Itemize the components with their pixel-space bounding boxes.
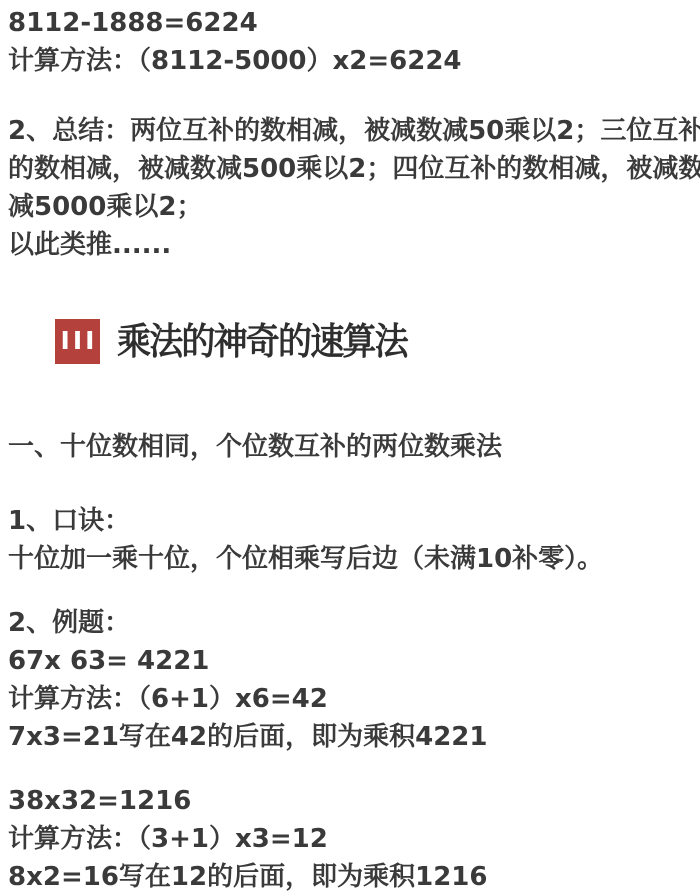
subtraction-example-block: 8112-1888=6224 计算方法：（8112-5000）x2=6224: [8, 4, 692, 80]
subtraction-method-line: 计算方法：（8112-5000）x2=6224: [8, 42, 692, 80]
summary-paragraph: 2、总结：两位互补的数相减，被减数减50乘以2；三位互补 的数相减，被减数减50…: [8, 112, 692, 264]
summary-line-4: 以此类推......: [8, 226, 692, 264]
document-page: 8112-1888=6224 计算方法：（8112-5000）x2=6224 2…: [0, 0, 700, 892]
examples-label: 2、例题：: [8, 604, 692, 642]
method-one-heading-text: 一、十位数相同，个位数互补的两位数乘法: [8, 428, 692, 466]
chapter-title: 乘法的神奇的速算法: [117, 318, 407, 364]
example-one-note: 7x3=21写在42的后面，即为乘积4221: [8, 718, 692, 756]
example-two-block: 38x32=1216 计算方法：（3+1）x3=12 8x2=16写在12的后面…: [8, 782, 692, 892]
roman-numeral-three-badge: III: [55, 319, 100, 364]
summary-line-2: 的数相减，被减数减500乘以2；四位互补的数相减，被减数: [8, 150, 692, 188]
method-one-heading: 一、十位数相同，个位数互补的两位数乘法: [8, 428, 692, 466]
summary-line-1: 2、总结：两位互补的数相减，被减数减50乘以2；三位互补: [8, 112, 692, 150]
example-two-note: 8x2=16写在12的后面，即为乘积1216: [8, 858, 692, 892]
formula-text: 十位加一乘十位，个位相乘写后边（未满10补零）。: [8, 540, 692, 578]
formula-label: 1、口诀：: [8, 502, 692, 540]
example-one-block: 2、例题： 67x 63= 4221 计算方法：（6+1）x6=42 7x3=2…: [8, 604, 692, 756]
example-two-method: 计算方法：（3+1）x3=12: [8, 820, 692, 858]
formula-block: 1、口诀： 十位加一乘十位，个位相乘写后边（未满10补零）。: [8, 502, 692, 578]
example-one-method: 计算方法：（6+1）x6=42: [8, 680, 692, 718]
summary-line-3: 减5000乘以2；: [8, 188, 692, 226]
example-two-equation: 38x32=1216: [8, 782, 692, 820]
subtraction-result-line: 8112-1888=6224: [8, 4, 692, 42]
chapter-header: III 乘法的神奇的速算法: [8, 318, 692, 364]
example-one-equation: 67x 63= 4221: [8, 642, 692, 680]
